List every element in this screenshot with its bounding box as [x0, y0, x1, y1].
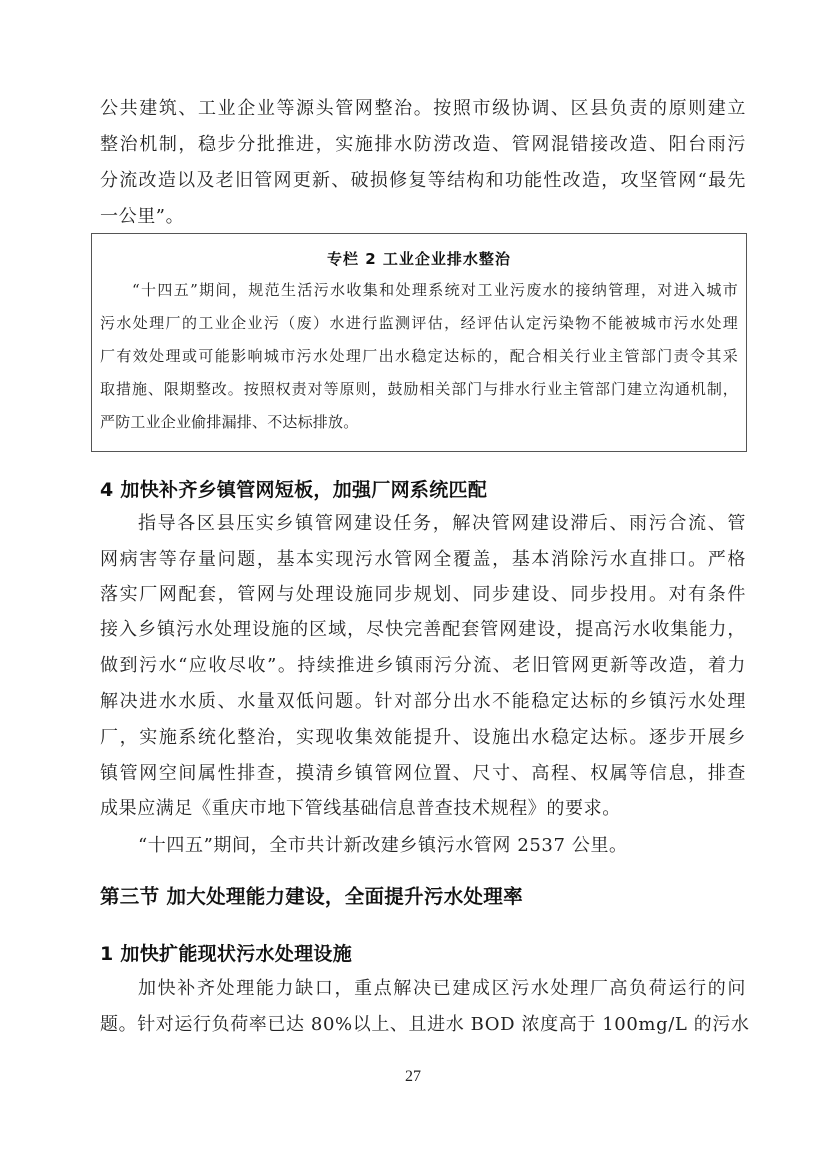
text-line: 厂，实施系统化整治，实现收集效能提升、设施出水稳定达标。逐步开展乡: [100, 726, 746, 750]
summary-line: “十四五”期间，全市共计新改建乡镇污水管网 2537 公里。: [138, 834, 746, 858]
text-line: 分流改造以及老旧管网更新、破损修复等结构和功能性改造，攻坚管网“最先: [100, 169, 746, 193]
text-line: 整治机制，稳步分批推进，实施排水防涝改造、管网混错接改造、阳台雨污: [100, 133, 746, 157]
page-number: 27: [0, 1068, 826, 1086]
text-line: 一公里”。: [100, 205, 746, 229]
text-line: 题。针对运行负荷率已达 80%以上、且进水 BOD 浓度高于 100mg/L 的…: [100, 1013, 746, 1037]
text-line: 网病害等存量问题，基本实现污水管网全覆盖，基本消除污水直排口。严格: [100, 548, 746, 572]
text-line: 做到污水“应收尽收”。持续推进乡镇雨污分流、老旧管网更新等改造，着力: [100, 654, 746, 678]
sidebar-box: 专栏 2 工业企业排水整治 “十四五”期间，规范生活污水收集和处理系统对工业污废…: [91, 233, 747, 452]
text-line: 落实厂网配套，管网与处理设施同步规划、同步建设、同步投用。对有条件: [100, 583, 746, 607]
sidebar-box-title: 专栏 2 工业企业排水整治: [92, 248, 746, 269]
text-line: 公共建筑、工业企业等源头管网整治。按照市级协调、区县负责的原则建立: [100, 97, 746, 121]
text-line: 解决进水水质、水量双低问题。针对部分出水不能稳定达标的乡镇污水处理: [100, 690, 746, 714]
section-heading: 4 加快补齐乡镇管网短板，加强厂网系统匹配: [100, 477, 487, 503]
box-text-line: 污水处理厂的工业企业污（废）水进行监测评估，经评估认定污染物不能被城市污水处理: [100, 313, 738, 333]
box-text-line: 严防工业企业偷排漏排、不达标排放。: [100, 412, 738, 432]
text-line: 接入乡镇污水处理设施的区域，尽快完善配套管网建设，提高污水收集能力，: [100, 618, 746, 642]
text-line: 成果应满足《重庆市地下管线基础信息普查技术规程》的要求。: [100, 797, 746, 821]
text-line: 加快补齐处理能力缺口，重点解决已建成区污水处理厂高负荷运行的问: [138, 977, 746, 1001]
subsection-heading: 1 加快扩能现状污水处理设施: [100, 941, 352, 967]
chapter-section-heading: 第三节 加大处理能力建设，全面提升污水处理率: [100, 884, 523, 910]
box-text-line: “十四五”期间，规范生活污水收集和处理系统对工业污废水的接纳管理，对进入城市: [132, 280, 738, 300]
box-text-line: 厂有效处理或可能影响城市污水处理厂出水稳定达标的，配合相关行业主管部门责令其采: [100, 346, 738, 366]
text-line: 镇管网空间属性排查，摸清乡镇管网位置、尺寸、高程、权属等信息，排查: [100, 762, 746, 786]
box-text-line: 取措施、限期整改。按照权责对等原则，鼓励相关部门与排水行业主管部门建立沟通机制，: [100, 379, 738, 399]
text-line: 指导各区县压实乡镇管网建设任务，解决管网建设滞后、雨污合流、管: [138, 512, 746, 536]
document-page: 公共建筑、工业企业等源头管网整治。按照市级协调、区县负责的原则建立 整治机制，稳…: [0, 0, 826, 1169]
